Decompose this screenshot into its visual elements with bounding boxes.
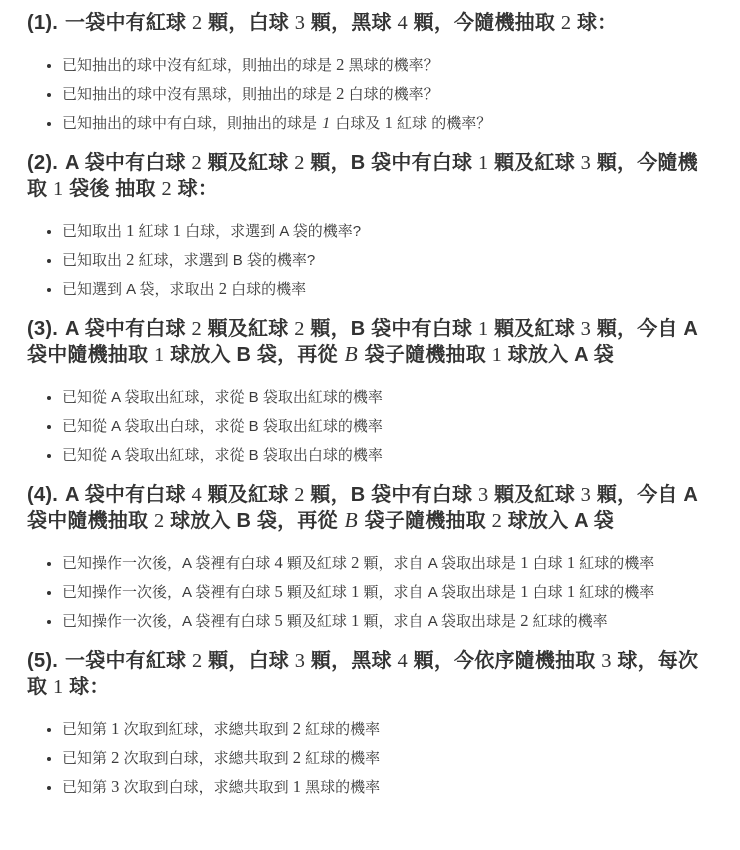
problem-3-questions: 已知從 A 袋取出紅球，求從 B 袋取出紅球的機率 已知從 A 袋取出白球，求從… [27, 388, 713, 466]
question-item: 已知操作一次後，A 袋裡有白球 4 顆及紅球 2 顆，求自 A 袋取出球是 1 … [46, 554, 713, 574]
question-item: 已知取出 1 紅球 1 白球，求選到 A 袋的機率? [46, 222, 713, 242]
question-item: 已知操作一次後，A 袋裡有白球 5 顆及紅球 1 顆，求自 A 袋取出球是 2 … [46, 612, 713, 632]
problem-2: (2).A 袋中有白球 2 顆及紅球 2 顆，B 袋中有白球 1 顆及紅球 3 … [27, 150, 713, 300]
question-item: 已知第 3 次取到白球，求總共取到 1 黑球的機率 [46, 778, 713, 798]
problem-5-heading: (5).一袋中有紅球 2 顆，白球 3 顆，黑球 4 顆，今依序隨機抽取 3 球… [27, 648, 713, 700]
question-item: 已知第 1 次取到紅球，求總共取到 2 紅球的機率 [46, 720, 713, 740]
problem-5-questions: 已知第 1 次取到紅球，求總共取到 2 紅球的機率 已知第 2 次取到白球，求總… [27, 720, 713, 798]
question-item: 已知從 A 袋取出紅球，求從 B 袋取出紅球的機率 [46, 388, 713, 408]
problem-1-number: (1). [27, 12, 58, 34]
problem-1-questions: 已知抽出的球中沒有紅球，則抽出的球是 2 黑球的機率？ 已知抽出的球中沒有黑球，… [27, 56, 713, 134]
question-item: 已知抽出的球中沒有黑球，則抽出的球是 2 白球的機率？ [46, 85, 713, 105]
problem-5-title: 一袋中有紅球 2 顆，白球 3 顆，黑球 4 顆，今依序隨機抽取 3 球，每次取… [27, 650, 698, 698]
problem-2-heading: (2).A 袋中有白球 2 顆及紅球 2 顆，B 袋中有白球 1 顆及紅球 3 … [27, 150, 713, 202]
problem-4: (4).A 袋中有白球 4 顆及紅球 2 顆，B 袋中有白球 3 顆及紅球 3 … [27, 482, 713, 632]
problem-4-number: (4). [27, 484, 58, 506]
problem-2-questions: 已知取出 1 紅球 1 白球，求選到 A 袋的機率? 已知取出 2 紅球，求選到… [27, 222, 713, 300]
problem-4-questions: 已知操作一次後，A 袋裡有白球 4 顆及紅球 2 顆，求自 A 袋取出球是 1 … [27, 554, 713, 632]
problem-sheet: (1).一袋中有紅球 2 顆，白球 3 顆，黑球 4 顆，今隨機抽取 2 球： … [0, 0, 740, 827]
problem-2-number: (2). [27, 152, 58, 174]
problem-4-heading: (4).A 袋中有白球 4 顆及紅球 2 顆，B 袋中有白球 3 顆及紅球 3 … [27, 482, 713, 534]
problem-5: (5).一袋中有紅球 2 顆，白球 3 顆，黑球 4 顆，今依序隨機抽取 3 球… [27, 648, 713, 798]
question-item: 已知第 2 次取到白球，求總共取到 2 紅球的機率 [46, 749, 713, 769]
problem-5-number: (5). [27, 650, 58, 672]
question-item: 已知選到 A 袋，求取出 2 白球的機率 [46, 280, 713, 300]
question-item: 已知取出 2 紅球，求選到 B 袋的機率? [46, 251, 713, 271]
problem-3: (3).A 袋中有白球 2 顆及紅球 2 顆，B 袋中有白球 1 顆及紅球 3 … [27, 316, 713, 466]
problem-1: (1).一袋中有紅球 2 顆，白球 3 顆，黑球 4 顆，今隨機抽取 2 球： … [27, 10, 713, 134]
question-item: 已知抽出的球中有白球，則抽出的球是 1 白球及 1 紅球 的機率？ [46, 114, 713, 134]
question-item: 已知從 A 袋取出紅球，求從 B 袋取出白球的機率 [46, 446, 713, 466]
question-item: 已知抽出的球中沒有紅球，則抽出的球是 2 黑球的機率？ [46, 56, 713, 76]
problem-3-number: (3). [27, 318, 58, 340]
problem-2-title: A 袋中有白球 2 顆及紅球 2 顆，B 袋中有白球 1 顆及紅球 3 顆，今隨… [27, 152, 698, 200]
problem-4-title: A 袋中有白球 4 顆及紅球 2 顆，B 袋中有白球 3 顆及紅球 3 顆，今自… [27, 484, 697, 532]
problem-3-heading: (3).A 袋中有白球 2 顆及紅球 2 顆，B 袋中有白球 1 顆及紅球 3 … [27, 316, 713, 368]
problem-1-title: 一袋中有紅球 2 顆，白球 3 顆，黑球 4 顆，今隨機抽取 2 球： [65, 12, 617, 34]
problem-3-title: A 袋中有白球 2 顆及紅球 2 顆，B 袋中有白球 1 顆及紅球 3 顆，今自… [27, 318, 697, 366]
question-item: 已知操作一次後，A 袋裡有白球 5 顆及紅球 1 顆，求自 A 袋取出球是 1 … [46, 583, 713, 603]
problem-1-heading: (1).一袋中有紅球 2 顆，白球 3 顆，黑球 4 顆，今隨機抽取 2 球： [27, 10, 713, 36]
question-item: 已知從 A 袋取出白球，求從 B 袋取出紅球的機率 [46, 417, 713, 437]
